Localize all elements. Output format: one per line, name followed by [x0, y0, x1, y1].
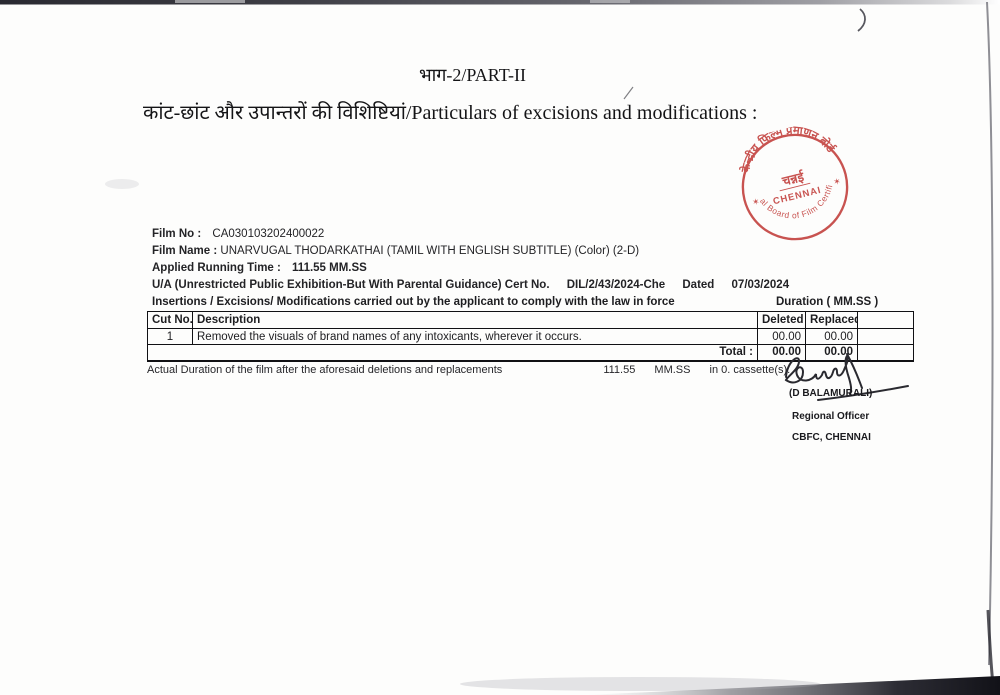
- right-edge-line: [987, 2, 993, 665]
- duration-heading: Duration ( MM.SS ): [776, 296, 878, 308]
- modifications-heading: Insertions / Excisions/ Modifications ca…: [152, 296, 675, 308]
- stamp-star-left-icon: ✶: [751, 196, 761, 207]
- film-name-label: Film Name :: [152, 245, 217, 257]
- col-header-cut-no: Cut No.: [148, 312, 193, 329]
- top-edge-shadow: [0, 0, 1000, 5]
- cert-text: U/A (Unrestricted Public Exhibition-But …: [152, 279, 550, 291]
- pen-mark-top-right: [858, 9, 865, 31]
- cell-description: Removed the visuals of brand names of an…: [193, 329, 758, 345]
- top-edge-gap: [175, 0, 245, 3]
- table-total-row: Total : 00.00 00.00: [148, 345, 914, 361]
- signatory-title: Regional Officer: [792, 411, 869, 422]
- bottom-soft-shadow: [460, 677, 820, 691]
- col-header-deleted: Deleted: [758, 312, 806, 329]
- col-header-replaced: Replaced: [806, 312, 858, 329]
- total-replaced: 00.00: [806, 345, 858, 361]
- cert-date-value: 07/03/2024: [732, 279, 790, 291]
- cell-replaced: 00.00: [806, 329, 858, 345]
- stamp-city-hindi: चन्नई: [780, 169, 807, 189]
- film-no-value: CA030103202400022: [212, 228, 324, 240]
- right-bottom-edge: [988, 610, 994, 694]
- bottom-edge-shadow: [585, 676, 1000, 695]
- table-header-row: Cut No. Description Deleted Replaced: [148, 312, 914, 329]
- dated-label: Dated: [682, 279, 714, 291]
- running-time-value: 111.55 MM.SS: [292, 262, 367, 274]
- film-info-block: Film No : CA030103202400022 Film Name : …: [152, 226, 789, 294]
- table-row: 1 Removed the visuals of brand names of …: [148, 329, 914, 345]
- actual-duration-line: Actual Duration of the film after the af…: [147, 364, 790, 376]
- col-header-description: Description: [193, 312, 758, 329]
- cassette-count-text: in 0. cassette(s).: [710, 364, 791, 376]
- modifications-table: Cut No. Description Deleted Replaced 1 R…: [147, 311, 914, 362]
- top-edge-gap2: [590, 0, 630, 3]
- col-header-blank: [858, 312, 914, 329]
- running-time-line: Applied Running Time : 111.55 MM.SS: [152, 260, 789, 277]
- page-title: कांट-छांट और उपान्तरों की विशिष्टियां/Pa…: [143, 98, 757, 125]
- total-label: Total :: [148, 345, 758, 361]
- left-smudge: [105, 179, 139, 189]
- cert-no-value: DIL/2/43/2024-Che: [567, 279, 665, 291]
- actual-duration-text: Actual Duration of the film after the af…: [147, 364, 502, 376]
- cell-cut-no: 1: [148, 329, 193, 345]
- film-no-line: Film No : CA030103202400022: [152, 226, 789, 243]
- certificate-line: U/A (Unrestricted Public Exhibition-But …: [152, 277, 789, 294]
- total-blank: [858, 345, 914, 361]
- cell-deleted: 00.00: [758, 329, 806, 345]
- actual-duration-value: 111.55: [603, 364, 635, 376]
- actual-duration-unit: MM.SS: [654, 364, 690, 376]
- signatory-name: (D BALAMURALI): [789, 388, 872, 399]
- part-title: भाग-2/PART-II: [0, 63, 945, 87]
- cell-blank: [858, 329, 914, 345]
- film-name-line: Film Name : UNARVUGAL THODARKATHAI (TAMI…: [152, 243, 789, 260]
- signatory-org: CBFC, CHENNAI: [792, 432, 871, 443]
- running-time-label: Applied Running Time :: [152, 262, 281, 274]
- film-no-label: Film No :: [152, 228, 201, 240]
- total-deleted: 00.00: [758, 345, 806, 361]
- film-name-value: UNARVUGAL THODARKATHAI (TAMIL WITH ENGLI…: [220, 245, 639, 257]
- stamp-star-right-icon: ✶: [832, 176, 842, 187]
